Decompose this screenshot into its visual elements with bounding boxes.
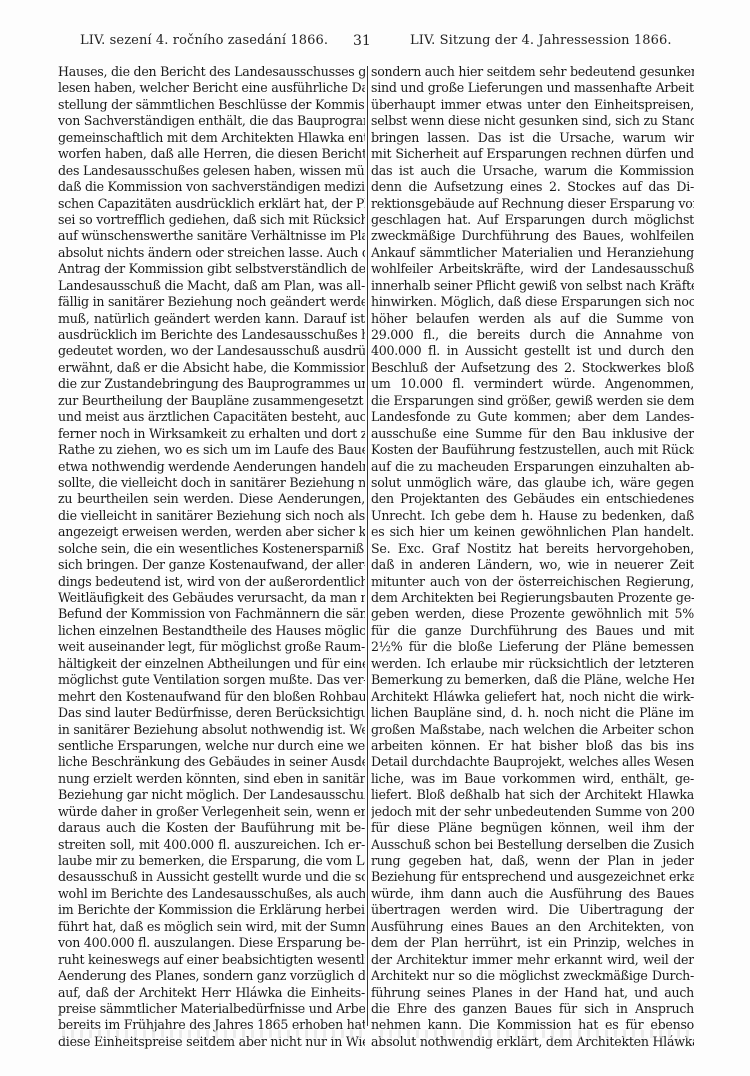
text-line: auf wünschenswerthe sanitäre Verhältniss… xyxy=(58,228,365,244)
text-line: worfen haben, daß alle Herren, die diese… xyxy=(58,146,365,162)
text-line: möglichst gute Ventilation sorgen mußte.… xyxy=(58,672,365,688)
right-text-column: sondern auch hier seitdem sehr bedeutend… xyxy=(371,64,694,1050)
text-line: weit auseinander legt, für möglichst gro… xyxy=(58,639,365,655)
text-line: daß die Kommission von sachverständigen … xyxy=(58,179,365,195)
header-german-title: LIV. Sitzung der 4. Jahressession 1866. xyxy=(410,33,672,48)
text-line: rung gegeben hat, daß, wenn der Plan in … xyxy=(371,853,694,869)
text-line: sich bringen. Der ganze Kostenaufwand, d… xyxy=(58,557,365,573)
text-line: lichen Baupläne sind, d. h. noch nicht d… xyxy=(371,705,694,721)
header-czech-title: LIV. sezení 4. ročního zasedání 1866. xyxy=(80,33,328,48)
text-line: muß, natürlich geändert werden kann. Dar… xyxy=(58,311,365,327)
text-line: den Projektanten des Gebäudes ein entsch… xyxy=(371,491,694,507)
text-line: die zur Zustandebringung des Bauprogramm… xyxy=(58,376,365,392)
text-line: sollte, die vielleicht doch in sanitärer… xyxy=(58,475,365,491)
text-line: daraus auch die Kosten der Bauführung mi… xyxy=(58,820,365,836)
text-line: desausschuß in Aussicht gestellt wurde u… xyxy=(58,869,365,885)
text-line: auf die zu macheuden Ersparungen einzuha… xyxy=(371,459,694,475)
text-line: zur Beurtheilung der Baupläne zusammenge… xyxy=(58,393,365,409)
text-line: jedoch mit der sehr unbedeutenden Summe … xyxy=(371,804,694,820)
text-line: arbeiten können. Er hat bisher bloß das … xyxy=(371,738,694,754)
text-line: des Landesausschußes gelesen haben, wiss… xyxy=(58,163,365,179)
text-line: sei so vortrefflich gediehen, daß sich m… xyxy=(58,212,365,228)
text-line: führung seines Planes in der Hand hat, u… xyxy=(371,985,694,1001)
text-line: dem der Plan herrührt, ist ein Prinzip, … xyxy=(371,935,694,951)
text-line: Ausschuß schon bei Bestellung derselben … xyxy=(371,837,694,853)
text-line: für diese Pläne begnügen können, weil ih… xyxy=(371,820,694,836)
text-line: höher belaufen werden als auf die Summe … xyxy=(371,311,694,327)
text-line: solut unmöglich wäre, das glaube ich, wä… xyxy=(371,475,694,491)
text-line: geben werden, diese Prozente gewöhnlich … xyxy=(371,606,694,622)
text-line: dings bedeutend ist, wird von der außero… xyxy=(58,574,365,590)
text-line: wohlfeiler Arbeitskräfte, wird der Lande… xyxy=(371,261,694,277)
text-line: die Ersparungen sind größer, gewiß werde… xyxy=(371,393,694,409)
text-line: würde, ihm dann auch die Ausführung des … xyxy=(371,886,694,902)
text-line: rektionsgebäude auf Rechnung dieser Ersp… xyxy=(371,196,694,212)
text-line: in sanitärer Beziehung absolut nothwendi… xyxy=(58,722,365,738)
text-line: sondern auch hier seitdem sehr bedeutend… xyxy=(371,64,694,80)
bleed-through-mark xyxy=(62,1030,362,1038)
text-line: laube mir zu bemerken, die Ersparung, di… xyxy=(58,853,365,869)
text-line: selbst wenn diese nicht gesunken sind, s… xyxy=(371,113,694,129)
text-line: liefert. Bloß deßhalb hat sich der Archi… xyxy=(371,787,694,803)
text-line: angezeigt erweisen werden, werden aber s… xyxy=(58,524,365,540)
text-line: Se. Exc. Graf Nostitz hat bereits hervor… xyxy=(371,541,694,557)
text-line: mitunter auch von der österreichischen R… xyxy=(371,574,694,590)
text-line: führt hat, daß es möglich sein wird, mit… xyxy=(58,919,365,935)
text-line: Rathe zu ziehen, wo es sich um im Laufe … xyxy=(58,442,365,458)
text-line: Kosten der Bauführung festzustellen, auc… xyxy=(371,442,694,458)
text-line: Unrecht. Ich gebe dem h. Hause zu bedenk… xyxy=(371,508,694,524)
text-line: werden. Ich erlaube mir rücksichtlich de… xyxy=(371,656,694,672)
text-line: die vielleicht in sanitärer Beziehung si… xyxy=(58,508,365,524)
text-line: zu beurtheilen sein werden. Diese Aender… xyxy=(58,491,365,507)
text-line: Architekt Hláwka geliefert hat, noch nic… xyxy=(371,689,694,705)
text-line: stellung der sämmtlichen Beschlüsse der … xyxy=(58,97,365,113)
text-line: ausdrücklich im Berichte des Landesaussc… xyxy=(58,327,365,343)
text-line: Antrag der Kommission gibt selbstverstän… xyxy=(58,261,365,277)
text-line: preise sämmtlicher Materialbedürfnisse u… xyxy=(58,1001,365,1017)
text-line: von Sachverständigen enthält, die das Ba… xyxy=(58,113,365,129)
text-line: sind und große Lieferungen und massenhaf… xyxy=(371,80,694,96)
text-line: großen Maßstabe, nach welchen die Arbeit… xyxy=(371,722,694,738)
text-line: sentliche Ersparungen, welche nur durch … xyxy=(58,738,365,754)
text-line: hältigkeit der einzelnen Abtheilungen un… xyxy=(58,656,365,672)
text-line: liche Beschränkung des Gebäudes in seine… xyxy=(58,754,365,770)
text-line: wohl im Berichte des Landesausschußes, a… xyxy=(58,886,365,902)
text-line: Bemerkung zu bemerken, daß die Pläne, we… xyxy=(371,672,694,688)
text-line: Ankauf sämmtlicher Materialien und Heran… xyxy=(371,245,694,261)
text-line: würde daher in großer Verlegenheit sein,… xyxy=(58,804,365,820)
column-divider xyxy=(367,66,368,1026)
text-line: hinwirken. Möglich, daß diese Ersparunge… xyxy=(371,294,694,310)
text-line: ausschuße eine Summe für den Bau inklusi… xyxy=(371,426,694,442)
text-line: gemeinschaftlich mit dem Architekten Hla… xyxy=(58,130,365,146)
text-line: Ausführung eines Baues an den Architekte… xyxy=(371,919,694,935)
text-line: Beziehung für entsprechend und ausgezeic… xyxy=(371,869,694,885)
text-line: denn die Aufsetzung eines 2. Stockes auf… xyxy=(371,179,694,195)
text-line: 2½% für die bloße Lieferung der Pläne be… xyxy=(371,639,694,655)
text-line: 400.000 fl. in Aussicht gestellt ist und… xyxy=(371,343,694,359)
text-line: Landesausschuß die Macht, daß am Plan, w… xyxy=(58,278,365,294)
text-line: fällig in sanitärer Beziehung noch geänd… xyxy=(58,294,365,310)
text-line: zweckmäßige Durchführung des Baues, wohl… xyxy=(371,228,694,244)
text-line: liche, was im Baue vorkommen wird, enthä… xyxy=(371,771,694,787)
bleed-through-mark xyxy=(380,1030,690,1038)
text-line: schen Capazitäten ausdrücklich erklärt h… xyxy=(58,196,365,212)
running-header: LIV. sezení 4. ročního zasedání 1866. 31… xyxy=(0,33,750,57)
text-line: der Architektur immer mehr erkannt wird,… xyxy=(371,952,694,968)
text-line: solche sein, die ein wesentliches Kosten… xyxy=(58,541,365,557)
text-line: Hauses, die den Bericht des Landesaussch… xyxy=(58,64,365,80)
text-line: von 400.000 fl. auszulangen. Diese Erspa… xyxy=(58,935,365,951)
text-line: erwähnt, daß er die Absicht habe, die Ko… xyxy=(58,360,365,376)
text-line: es sich hier um keinen gewöhnlichen Plan… xyxy=(371,524,694,540)
text-line: lesen haben, welcher Bericht eine ausfüh… xyxy=(58,80,365,96)
text-line: übertragen werden wird. Die Uibertragung… xyxy=(371,902,694,918)
text-line: Beschluß der Aufsetzung des 2. Stockwerk… xyxy=(371,360,694,376)
text-line: geschlagen hat. Auf Ersparungen durch mö… xyxy=(371,212,694,228)
text-line: Befund der Kommission von Fachmännern di… xyxy=(58,606,365,622)
text-line: dem Architekten bei Regierungsbauten Pro… xyxy=(371,590,694,606)
text-line: mehrt den Kostenaufwand für den bloßen R… xyxy=(58,689,365,705)
text-line: im Berichte der Kommission die Erklärung… xyxy=(58,902,365,918)
text-line: Architekt nur so die möglichst zweckmäßi… xyxy=(371,968,694,984)
text-line: das ist auch die Ursache, warum die Komm… xyxy=(371,163,694,179)
text-line: innerhalb seiner Pflicht gewiß von selbs… xyxy=(371,278,694,294)
text-line: Beziehung gar nicht möglich. Der Landesa… xyxy=(58,787,365,803)
text-line: um 10.000 fl. vermindert würde. Angenomm… xyxy=(371,376,694,392)
left-text-column: Hauses, die den Bericht des Landesaussch… xyxy=(58,64,365,1050)
text-line: streiten soll, mit 400.000 fl. auszureic… xyxy=(58,837,365,853)
text-line: Aenderung des Planes, sondern ganz vorzü… xyxy=(58,968,365,984)
text-line: auf, daß der Architekt Herr Hláwka die E… xyxy=(58,985,365,1001)
text-line: Das sind lauter Bedürfnisse, deren Berüc… xyxy=(58,705,365,721)
text-line: 29.000 fl., die bereits durch die Annahm… xyxy=(371,327,694,343)
page-number: 31 xyxy=(353,33,371,49)
text-line: die Ehre des ganzen Baues für sich in An… xyxy=(371,1001,694,1017)
text-line: überhaupt immer etwas unter den Einheits… xyxy=(371,97,694,113)
text-line: und meist aus ärztlichen Capacitäten bes… xyxy=(58,409,365,425)
text-line: Weitläufigkeit des Gebäudes verursacht, … xyxy=(58,590,365,606)
text-line: ferner noch in Wirksamkeit zu erhalten u… xyxy=(58,426,365,442)
text-line: Detail durchdachte Bauprojekt, welches a… xyxy=(371,754,694,770)
text-line: für die ganze Durchführung des Baues und… xyxy=(371,623,694,639)
text-line: nung erzielt werden könnten, sind eben i… xyxy=(58,771,365,787)
text-line: mit Sicherheit auf Ersparungen rechnen d… xyxy=(371,146,694,162)
text-line: ruht keineswegs auf einer beabsichtigten… xyxy=(58,952,365,968)
document-page: LIV. sezení 4. ročního zasedání 1866. 31… xyxy=(0,0,750,1076)
text-line: gedeutet worden, wo der Landesausschuß a… xyxy=(58,343,365,359)
text-line: etwa nothwendig werdende Aenderungen han… xyxy=(58,459,365,475)
text-line: Landesfonde zu Gute kommen; aber dem Lan… xyxy=(371,409,694,425)
text-line: absolut nichts ändern oder streichen las… xyxy=(58,245,365,261)
text-line: lichen einzelnen Bestandtheile des Hause… xyxy=(58,623,365,639)
text-line: bringen lassen. Das ist die Ursache, war… xyxy=(371,130,694,146)
text-line: daß in anderen Ländern, wo, wie in neuer… xyxy=(371,557,694,573)
